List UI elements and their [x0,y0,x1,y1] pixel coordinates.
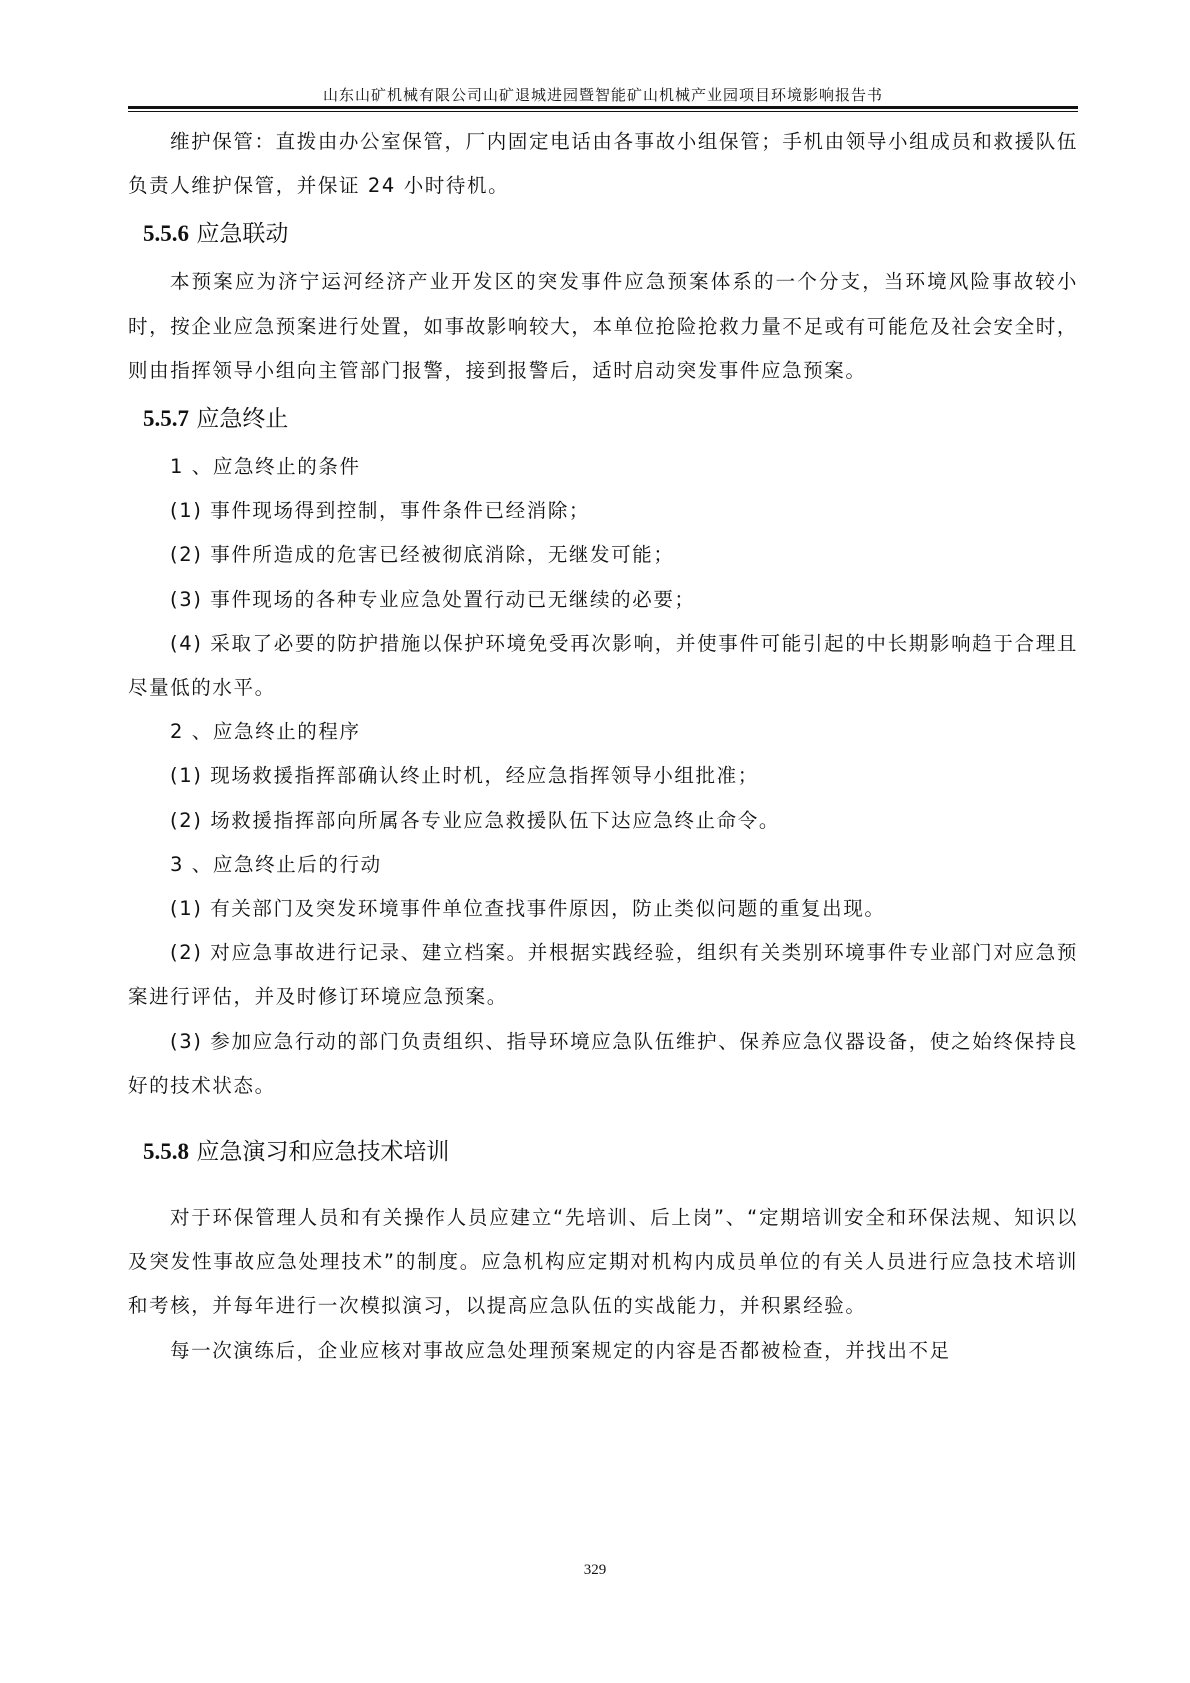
list-item: (1) 事件现场得到控制，事件条件已经消除； [128,489,1078,533]
section-number: 5.5.8 [143,1139,189,1164]
subheading: 3 、应急终止后的行动 [128,843,1078,887]
spacer [128,1178,1078,1196]
header-rule-thin [128,111,1078,112]
section-title: 应急终止 [196,406,288,432]
list-item: (3) 事件现场的各种专业应急处置行动已无继续的必要； [128,578,1078,622]
section-heading-5-5-7: 5.5.7 应急终止 [128,393,1078,445]
list-item: (3) 参加应急行动的部门负责组织、指导环境应急队伍维护、保养应急仪器设备，使之… [128,1020,1078,1108]
section-heading-5-5-8: 5.5.8 应急演习和应急技术培训 [128,1126,1078,1178]
header-rule-thick [128,106,1078,109]
list-item: (1) 现场救援指挥部确认终止时机，经应急指挥领导小组批准； [128,754,1078,798]
subheading: 1 、应急终止的条件 [128,445,1078,489]
list-item: (2) 事件所造成的危害已经被彻底消除，无继发可能； [128,533,1078,577]
paragraph: 对于环保管理人员和有关操作人员应建立“先培训、后上岗”、“定期培训安全和环保法规… [128,1196,1078,1329]
section-title: 应急演习和应急技术培训 [196,1139,449,1165]
list-item: (1) 有关部门及突发环境事件单位查找事件原因，防止类似问题的重复出现。 [128,887,1078,931]
list-item: (2) 对应急事故进行记录、建立档案。并根据实践经验，组织有关类别环境事件专业部… [128,931,1078,1019]
paragraph: 本预案应为济宁运河经济产业开发区的突发事件应急预案体系的一个分支，当环境风险事故… [128,260,1078,393]
spacer [128,1108,1078,1126]
list-item: (4) 采取了必要的防护措施以保护环境免受再次影响，并使事件可能引起的中长期影响… [128,622,1078,710]
paragraph: 每一次演练后，企业应核对事故应急处理预案规定的内容是否都被检查，并找出不足 [128,1329,1078,1373]
section-number: 5.5.6 [143,221,189,246]
running-header: 山东山矿机械有限公司山矿退城进园暨智能矿山机械产业园项目环境影响报告书 [128,84,1078,105]
page-body: 维护保管：直拨由办公室保管，厂内固定电话由各事故小组保管；手机由领导小组成员和救… [128,120,1078,1373]
section-title: 应急联动 [196,221,288,247]
page-number: 329 [0,1562,1190,1579]
list-item: (2) 场救援指挥部向所属各专业应急救援队伍下达应急终止命令。 [128,799,1078,843]
subheading: 2 、应急终止的程序 [128,710,1078,754]
section-heading-5-5-6: 5.5.6 应急联动 [128,208,1078,260]
section-number: 5.5.7 [143,406,189,431]
intro-paragraph: 维护保管：直拨由办公室保管，厂内固定电话由各事故小组保管；手机由领导小组成员和救… [128,120,1078,208]
